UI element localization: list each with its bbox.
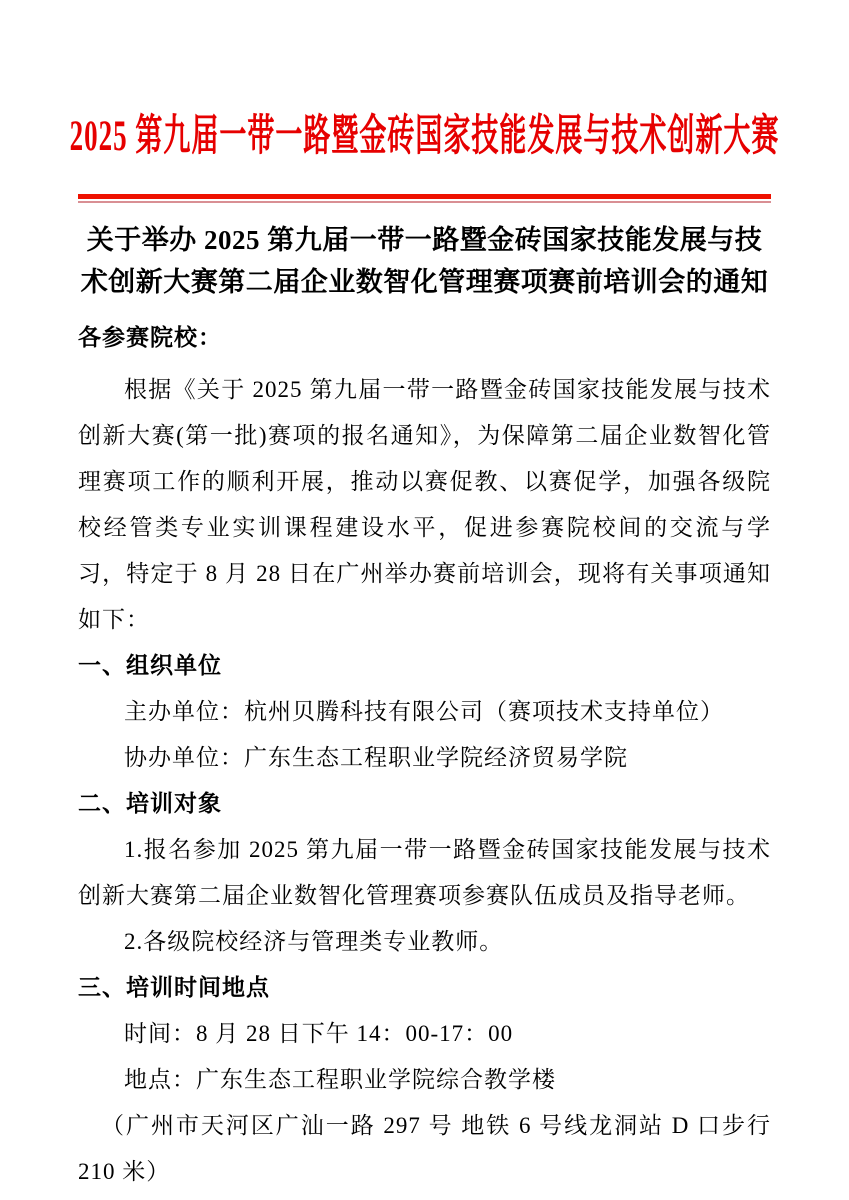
salutation: 各参赛院校： bbox=[78, 315, 771, 361]
header-rule-thick bbox=[78, 194, 771, 199]
section-3-item-time: 时间：8 月 28 日下午 14：00-17：00 bbox=[78, 1011, 771, 1057]
section-1-item-host: 主办单位：杭州贝腾科技有限公司（赛项技术支持单位） bbox=[78, 689, 771, 735]
intro-paragraph: 根据《关于 2025 第九届一带一路暨金砖国家技能发展与技术创新大赛(第一批)赛… bbox=[78, 367, 771, 643]
section-2-item-1: 1.报名参加 2025 第九届一带一路暨金砖国家技能发展与技术创新大赛第二届企业… bbox=[78, 827, 771, 919]
document-title: 关于举办 2025 第九届一带一路暨金砖国家技能发展与技术创新大赛第二届企业数智… bbox=[78, 219, 771, 303]
section-3-heading: 三、培训时间地点 bbox=[78, 965, 771, 1011]
document-page: 2025 第九届一带一路暨金砖国家技能发展与技术创新大赛 关于举办 2025 第… bbox=[0, 0, 849, 1200]
section-1-item-cohost: 协办单位：广东生态工程职业学院经济贸易学院 bbox=[78, 735, 771, 781]
section-2-item-2: 2.各级院校经济与管理类专业教师。 bbox=[78, 919, 771, 965]
section-3-item-address: （广州市天河区广汕一路 297 号 地铁 6 号线龙洞站 D 口步行 210 米… bbox=[78, 1103, 771, 1195]
section-2-heading: 二、培训对象 bbox=[78, 781, 771, 827]
header-rule-thin bbox=[78, 201, 771, 203]
section-1-heading: 一、组织单位 bbox=[78, 643, 771, 689]
section-3-item-location: 地点：广东生态工程职业学院综合教学楼 bbox=[78, 1057, 771, 1103]
banner-title: 2025 第九届一带一路暨金砖国家技能发展与技术创新大赛 bbox=[70, 100, 780, 162]
letterhead-banner: 2025 第九届一带一路暨金砖国家技能发展与技术创新大赛 bbox=[78, 96, 771, 166]
